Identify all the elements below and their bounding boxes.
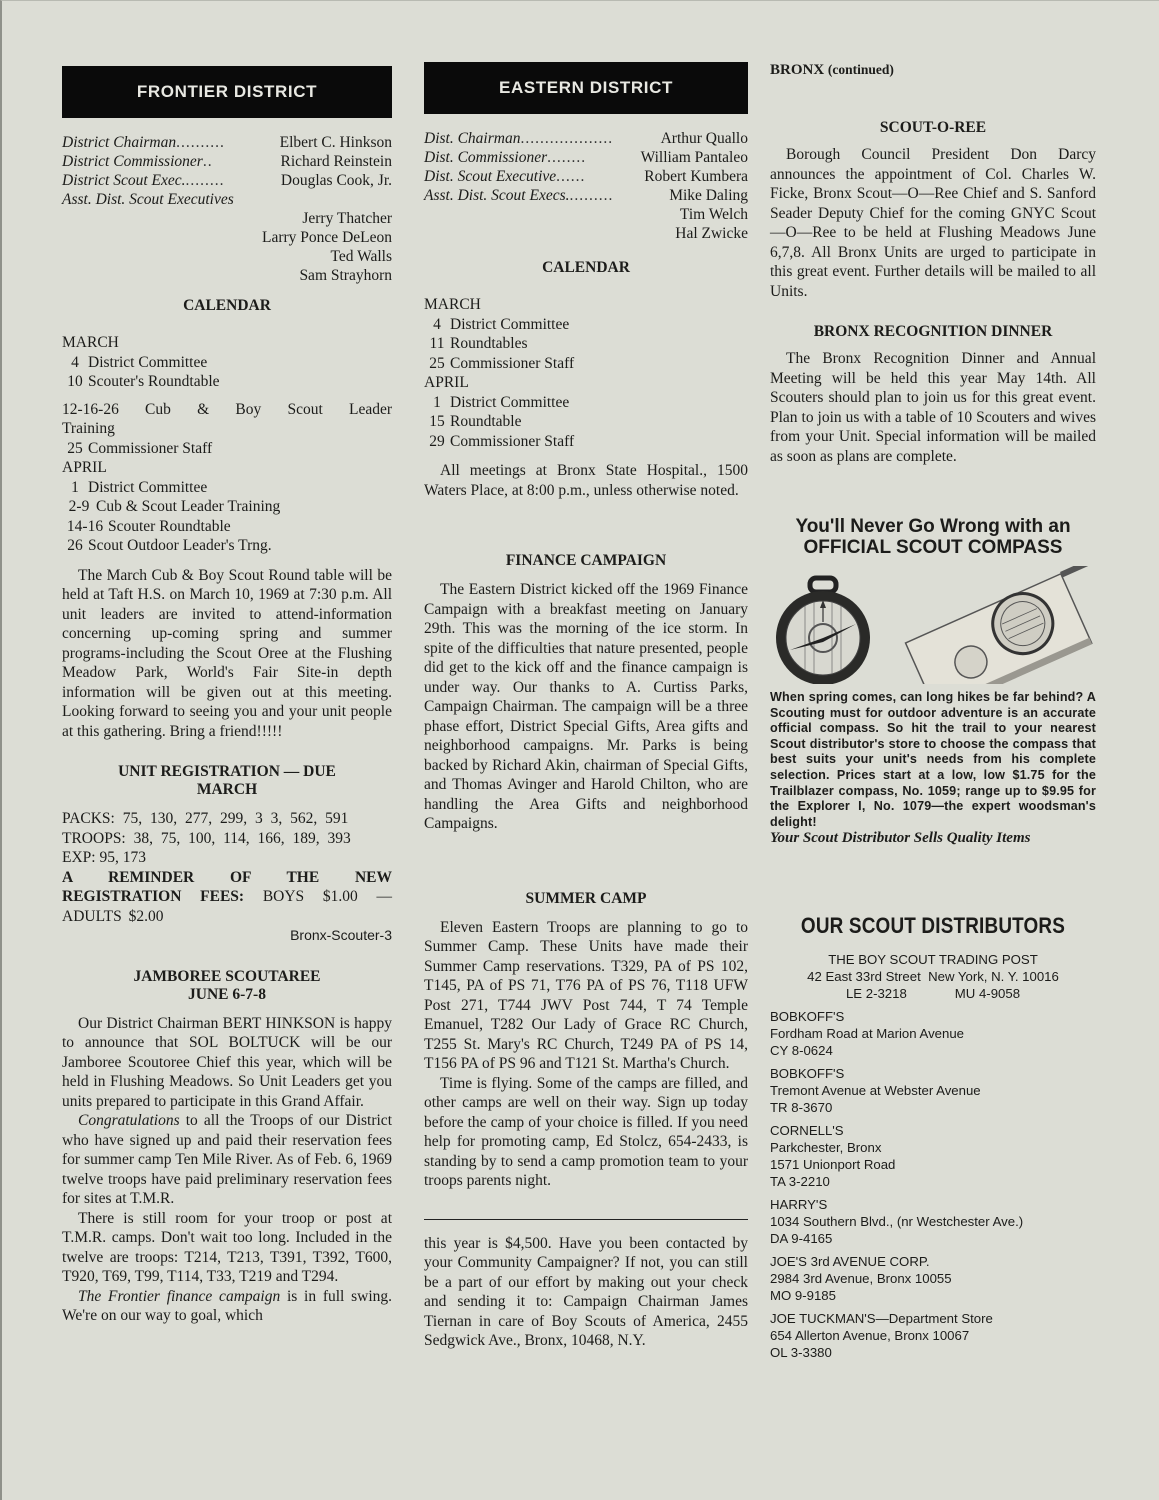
lensatic-compass-icon bbox=[776, 578, 870, 684]
fee-reminder: A REMINDER OF THE NEW REGISTRATION FEES:… bbox=[62, 868, 392, 927]
congratulations-paragraph: Congratulations to all the Troops of our… bbox=[62, 1111, 392, 1209]
packs-line: PACKS: 75, 130, 277, 299, 3 3, 562, 591 bbox=[62, 809, 392, 829]
bronx-continued-header: BRONX (continued) bbox=[770, 62, 1096, 79]
month-label: APRIL bbox=[424, 373, 748, 393]
eastern-officers: Dist. Chairman ...................Arthur… bbox=[424, 129, 748, 243]
calendar-event: 15Roundtable bbox=[424, 412, 748, 432]
calendar-event: 29Commissioner Staff bbox=[424, 432, 748, 452]
distributor-entry: JOE'S 3rd AVENUE CORP. 2984 3rd Avenue, … bbox=[770, 1253, 1096, 1304]
distributor-list: THE BOY SCOUT TRADING POST 42 East 33rd … bbox=[770, 951, 1096, 1361]
eastern-calendar-title: CALENDAR bbox=[424, 259, 748, 277]
scout-distributors: OUR SCOUT DISTRIBUTORS THE BOY SCOUT TRA… bbox=[770, 913, 1096, 1361]
officer-row: Dist. Scout Executive......Robert Kumber… bbox=[424, 167, 748, 186]
officer-row: District Scout Exec. ........Douglas Coo… bbox=[62, 171, 392, 190]
bronx-column: BRONX (continued) SCOUT-O-REE Borough Co… bbox=[770, 0, 1096, 1361]
exp-line: EXP: 95, 173 bbox=[62, 848, 392, 868]
summer-camp-paragraph: Eleven Eastern Troops are planning to go… bbox=[424, 918, 748, 1074]
calendar-event: 25Commissioner Staff bbox=[424, 354, 748, 374]
scoutoree-paragraph: Borough Council President Don Darcy anno… bbox=[770, 145, 1096, 301]
finance-intro-paragraph: The Frontier finance campaign is in full… bbox=[62, 1287, 392, 1326]
calendar-event: 2-9Cub & Scout Leader Training bbox=[62, 497, 392, 517]
trading-post-name: THE BOY SCOUT TRADING POST bbox=[770, 951, 1096, 968]
asst-name: Ted Walls bbox=[62, 247, 392, 266]
month-label: MARCH bbox=[424, 295, 748, 315]
calendar-event: 4District Committee bbox=[424, 315, 748, 335]
officer-row: Dist. Chairman ...................Arthur… bbox=[424, 129, 748, 148]
calendar-event: 1District Committee bbox=[424, 393, 748, 413]
officer-row: Dist. Commissioner ........William Panta… bbox=[424, 148, 748, 167]
distributor-entry: BOBKOFF'S Tremont Avenue at Webster Aven… bbox=[770, 1065, 1096, 1116]
frontier-calendar-title: CALENDAR bbox=[62, 297, 392, 315]
compass-illustration bbox=[770, 566, 1096, 684]
frontier-officers: District Chairman..........Elbert C. Hin… bbox=[62, 133, 392, 285]
compass-ad-title: You'll Never Go Wrong with anOFFICIAL SC… bbox=[770, 516, 1096, 558]
calendar-event: 25Commissioner Staff bbox=[62, 439, 392, 459]
distributor-entry: CORNELL'S Parkchester, Bronx 1571 Unionp… bbox=[770, 1122, 1096, 1190]
asst-name: Tim Welch bbox=[424, 205, 748, 224]
compass-ad-body: When spring comes, can long hikes be far… bbox=[770, 690, 1096, 830]
asst-name: Jerry Thatcher bbox=[62, 209, 392, 228]
officer-row: District Commissioner ..Richard Reinstei… bbox=[62, 152, 392, 171]
roundtable-paragraph: The March Cub & Boy Scout Round table wi… bbox=[62, 566, 392, 742]
month-label: MARCH bbox=[62, 333, 392, 353]
month-label: APRIL bbox=[62, 458, 392, 478]
eastern-district-header: EASTERN DISTRICT bbox=[424, 62, 748, 114]
column-divider-rule bbox=[424, 1219, 748, 1220]
officer-row: Asst. Dist. Scout Execs. .........Mike D… bbox=[424, 186, 748, 205]
tmr-paragraph: There is still room for your troop or po… bbox=[62, 1209, 392, 1287]
jamboree-title: JAMBOREE SCOUTAREEJUNE 6-7-8 bbox=[62, 968, 392, 1004]
scoutoree-title: SCOUT-O-REE bbox=[770, 119, 1096, 137]
trading-post-phones: LE 2-3218MU 4-9058 bbox=[770, 985, 1096, 1002]
distributor-entry: JOE TUCKMAN'S—Department Store 654 Aller… bbox=[770, 1310, 1096, 1361]
calendar-event: 10Scouter's Roundtable bbox=[62, 372, 392, 392]
recognition-dinner-paragraph: The Bronx Recognition Dinner and Annual … bbox=[770, 349, 1096, 466]
officer-asst-label: Asst. Dist. Scout Executives bbox=[62, 190, 392, 209]
finance-campaign-title: FINANCE CAMPAIGN bbox=[424, 552, 748, 570]
trading-post-address: 42 East 33rd Street New York, N. Y. 1001… bbox=[770, 968, 1096, 985]
troops-line: TROOPS: 38, 75, 100, 114, 166, 189, 393 bbox=[62, 829, 392, 849]
distributor-entry: BOBKOFF'S Fordham Road at Marion Avenue … bbox=[770, 1008, 1096, 1059]
page-reference: Bronx-Scouter-3 bbox=[62, 926, 392, 946]
recognition-dinner-title: BRONX RECOGNITION DINNER bbox=[770, 323, 1096, 341]
asst-name: Larry Ponce DeLeon bbox=[62, 228, 392, 247]
calendar-event: 14-16Scouter Roundtable bbox=[62, 517, 392, 537]
registration-list: PACKS: 75, 130, 277, 299, 3 3, 562, 591 … bbox=[62, 809, 392, 946]
jamboree-paragraph: Our District Chairman BERT HINKSON is ha… bbox=[62, 1014, 392, 1112]
asst-name: Sam Strayhorn bbox=[62, 266, 392, 285]
summer-camp-paragraph-2: Time is flying. Some of the camps are fi… bbox=[424, 1074, 748, 1191]
meetings-note: All meetings at Bronx State Hospital., 1… bbox=[424, 461, 748, 500]
eastern-district-column: EASTERN DISTRICT Dist. Chairman ........… bbox=[424, 0, 748, 1351]
compass-ad-tagline: Your Scout Distributor Sells Quality Ite… bbox=[770, 830, 1096, 847]
summer-camp-title: SUMMER CAMP bbox=[424, 890, 748, 908]
frontier-calendar: MARCH 4District Committee 10Scouter's Ro… bbox=[62, 333, 392, 556]
frontier-finance-continued: this year is $4,500. Have you been conta… bbox=[424, 1234, 748, 1351]
distributors-title: OUR SCOUT DISTRIBUTORS bbox=[793, 913, 1073, 939]
calendar-event: 4District Committee bbox=[62, 353, 392, 373]
calendar-event: 26Scout Outdoor Leader's Trng. bbox=[62, 536, 392, 556]
frontier-district-column: FRONTIER DISTRICT District Chairman.....… bbox=[62, 0, 392, 1326]
baseplate-compass-icon bbox=[905, 566, 1096, 684]
calendar-event: 11Roundtables bbox=[424, 334, 748, 354]
registration-title: UNIT REGISTRATION — DUEMARCH bbox=[62, 763, 392, 799]
calendar-event: 1District Committee bbox=[62, 478, 392, 498]
eastern-calendar: MARCH 4District Committee 11Roundtables … bbox=[424, 295, 748, 451]
finance-campaign-paragraph: The Eastern District kicked off the 1969… bbox=[424, 580, 748, 834]
officer-row: District Chairman..........Elbert C. Hin… bbox=[62, 133, 392, 152]
distributor-entry: HARRY'S 1034 Southern Blvd., (nr Westche… bbox=[770, 1196, 1096, 1247]
calendar-event-training: 12-16-26 Cub & Boy Scout Leader Training bbox=[62, 400, 392, 439]
asst-name: Hal Zwicke bbox=[424, 224, 748, 243]
frontier-district-header: FRONTIER DISTRICT bbox=[62, 66, 392, 118]
compass-advertisement: You'll Never Go Wrong with anOFFICIAL SC… bbox=[770, 516, 1096, 847]
